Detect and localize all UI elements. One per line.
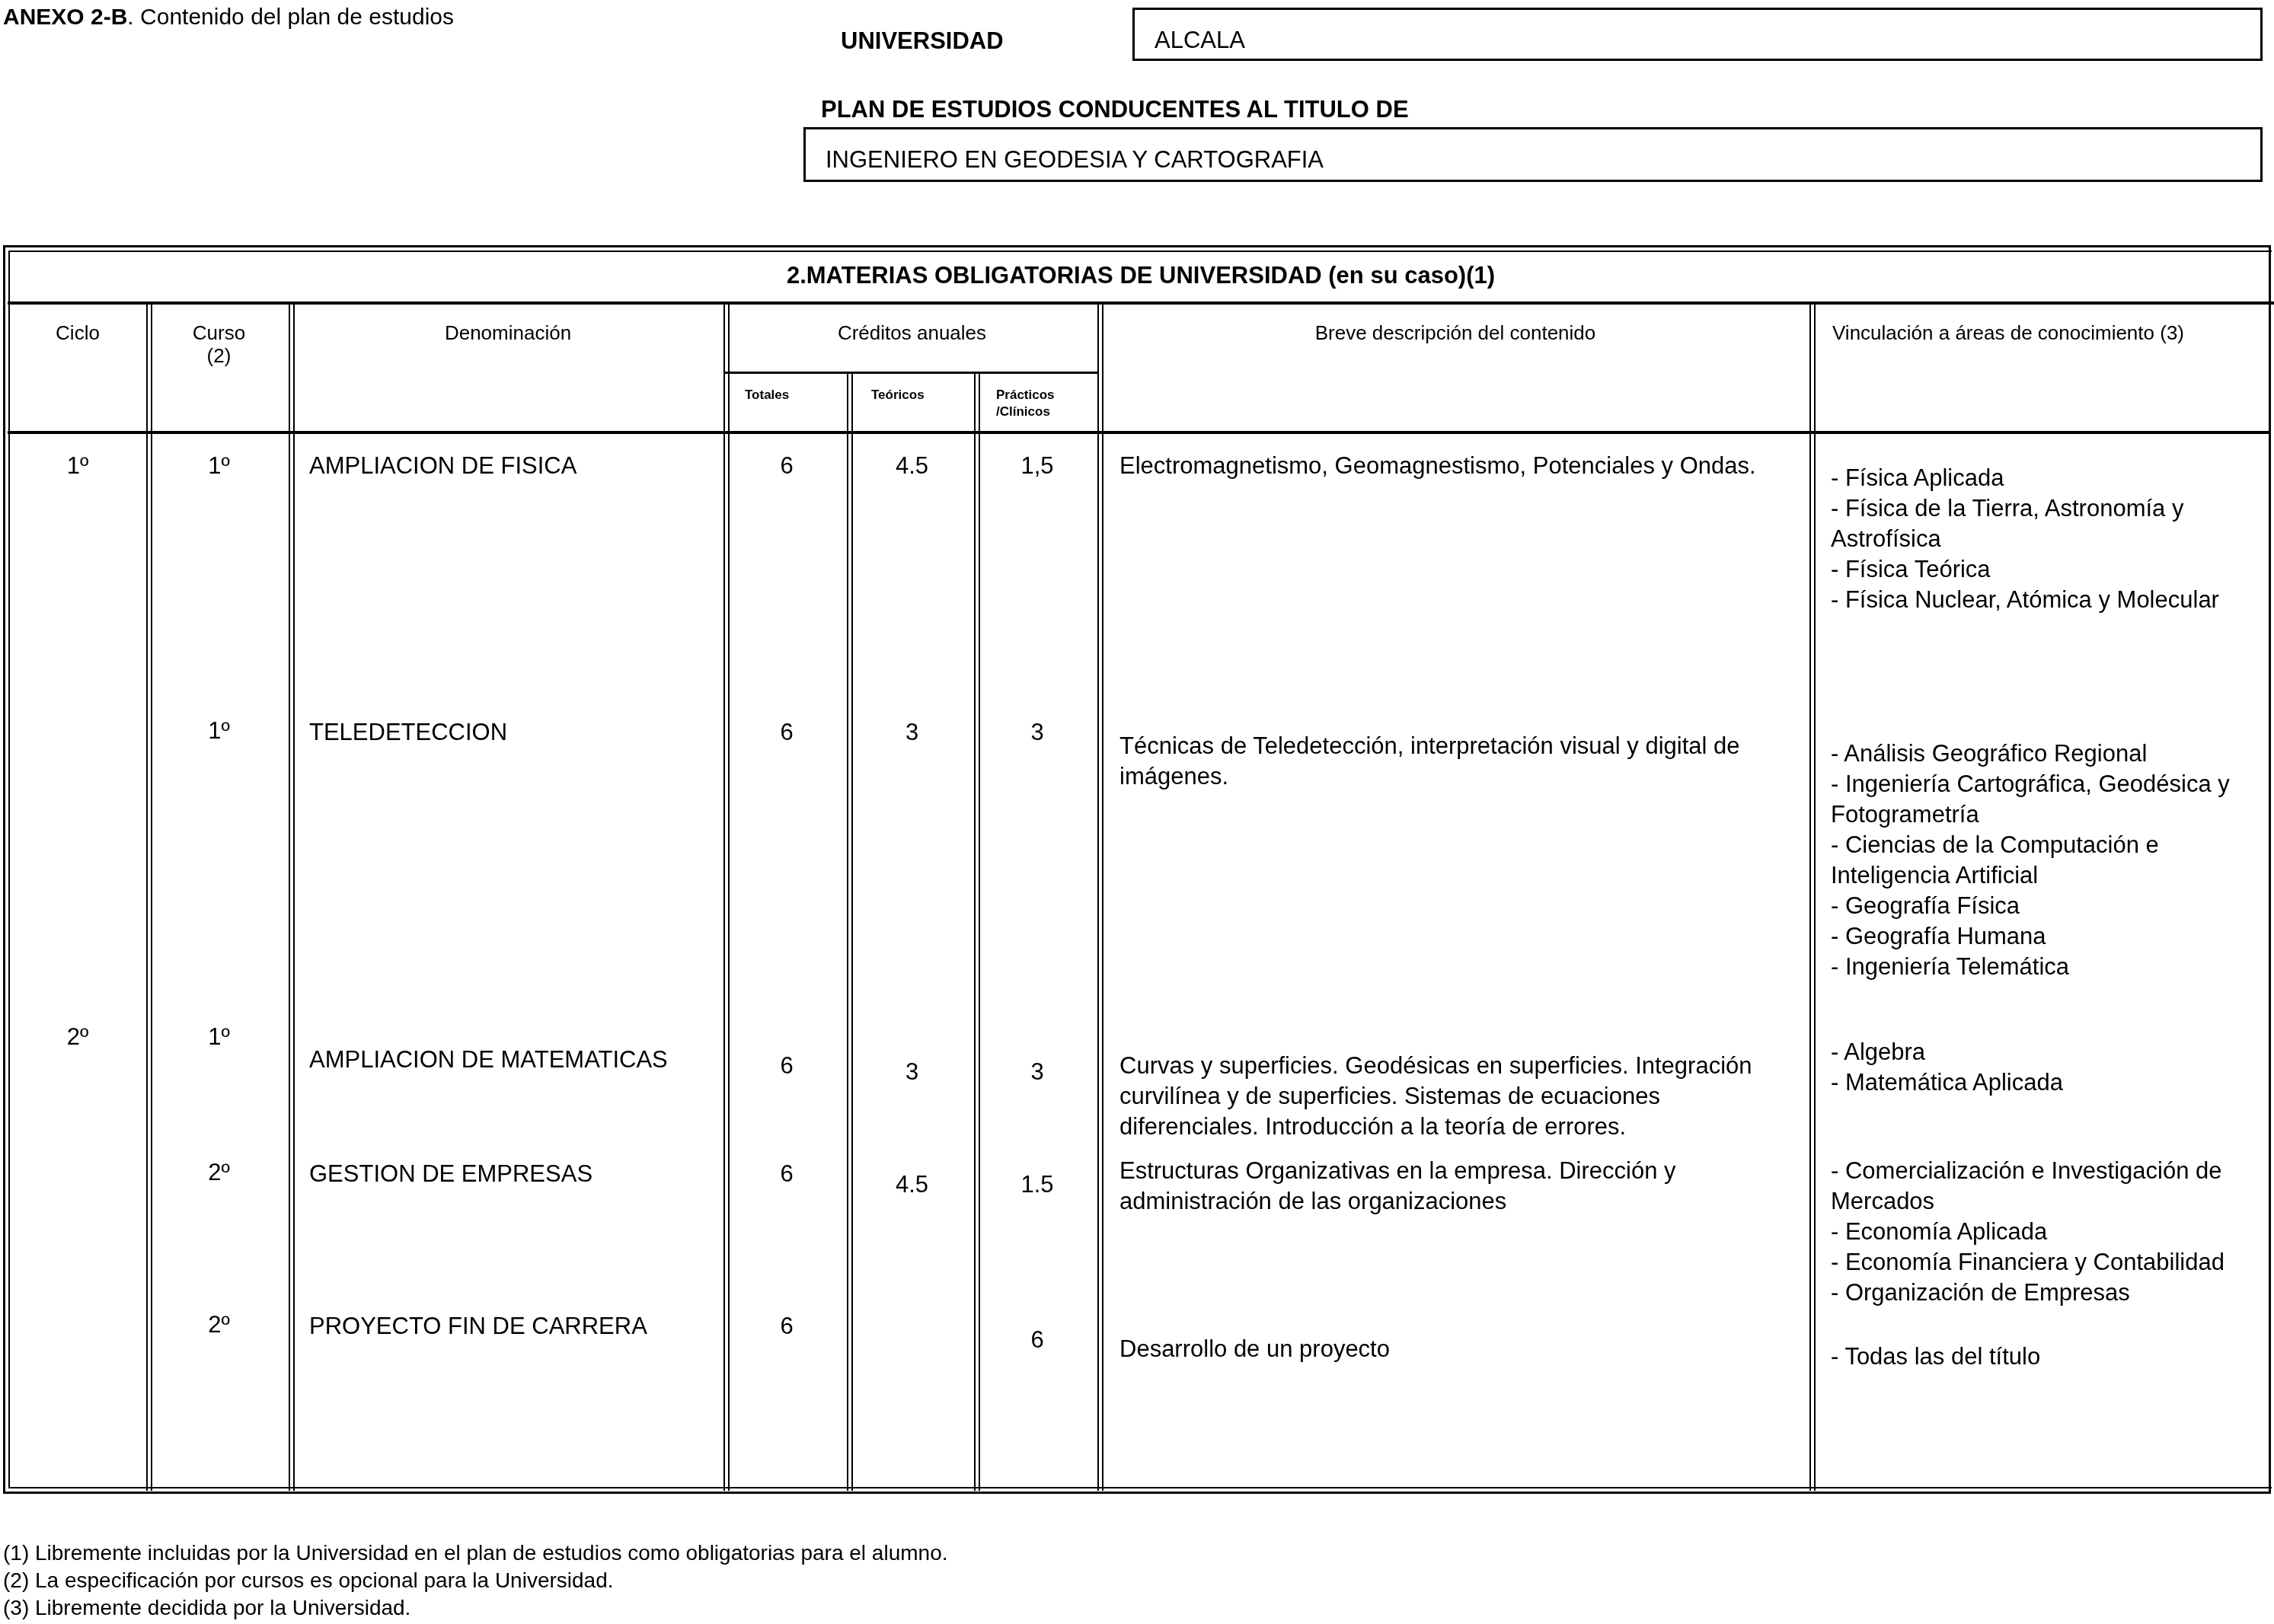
- knowledge-area-item: - Ingeniería Telemática: [1831, 952, 2265, 982]
- cell-curso: 2º: [149, 1310, 289, 1340]
- knowledge-areas-list: - Algebra- Matemática Aplicada: [1831, 1037, 2265, 1098]
- knowledge-area-item: - Ciencias de la Computación e Inteligen…: [1831, 830, 2265, 891]
- cell-denominacion: GESTION DE EMPRESAS: [309, 1159, 720, 1189]
- col-header-practicos-line1: Prácticos: [996, 387, 1055, 404]
- cell-totales: 6: [727, 1311, 847, 1342]
- col-header-denominacion: Denominación: [292, 321, 723, 344]
- header-divider: [8, 431, 2269, 434]
- col-header-practicos-line2: /Clínicos: [996, 404, 1055, 420]
- cell-practicos: 1.5: [977, 1169, 1097, 1200]
- knowledge-area-item: - Organización de Empresas: [1831, 1278, 2265, 1308]
- cell-totales: 6: [727, 451, 847, 481]
- knowledge-area-item: - Economía Financiera y Contabilidad: [1831, 1247, 2265, 1278]
- column-divider: [146, 305, 148, 1491]
- universidad-field: ALCALA: [1132, 8, 2263, 61]
- col-header-creditos: Créditos anuales: [727, 321, 1097, 344]
- cell-practicos: 3: [977, 1057, 1097, 1087]
- cell-descripcion: Electromagnetismo, Geomagnestismo, Poten…: [1119, 451, 1790, 481]
- plan-label: PLAN DE ESTUDIOS CONDUCENTES AL TITULO D…: [821, 96, 1409, 123]
- cell-denominacion: AMPLIACION DE MATEMATICAS: [309, 1045, 720, 1075]
- cell-descripcion: Técnicas de Teledetección, interpretació…: [1119, 731, 1790, 792]
- knowledge-areas-list: - Física Aplicada- Física de la Tierra, …: [1831, 463, 2265, 615]
- cell-practicos: 3: [977, 717, 1097, 748]
- col-header-ciclo: Ciclo: [9, 321, 146, 344]
- knowledge-areas-list: - Todas las del título: [1831, 1342, 2265, 1372]
- cell-teoricos: 3: [850, 717, 974, 748]
- knowledge-areas-list: - Comercialización e Investigación de Me…: [1831, 1156, 2265, 1308]
- col-header-practicos: Prácticos /Clínicos: [996, 387, 1055, 420]
- annex-label: ANEXO 2-B: [3, 5, 127, 30]
- cell-teoricos: 4.5: [850, 451, 974, 481]
- col-header-descripcion: Breve descripción del contenido: [1101, 321, 1809, 344]
- footnote-1: (1) Libremente incluidas por la Universi…: [3, 1541, 947, 1565]
- cell-ciclo: 1º: [9, 451, 146, 481]
- column-divider: [723, 305, 725, 1491]
- cell-teoricos: 3: [850, 1057, 974, 1087]
- knowledge-area-item: - Geografía Física: [1831, 891, 2265, 921]
- col-header-curso: Curso (2): [149, 321, 289, 367]
- cell-curso: 1º: [149, 1022, 289, 1052]
- universidad-label: UNIVERSIDAD: [841, 27, 1004, 55]
- cell-totales: 6: [727, 717, 847, 748]
- cell-practicos: 1,5: [977, 451, 1097, 481]
- cell-descripcion: Desarrollo de un proyecto: [1119, 1334, 1790, 1364]
- col-header-totales: Totales: [745, 387, 789, 404]
- col-header-teoricos: Teóricos: [871, 387, 925, 404]
- cell-ciclo: 2º: [9, 1022, 146, 1052]
- cell-areas: - Comercialización e Investigación de Me…: [1831, 1156, 2265, 1308]
- plan-field: INGENIERO EN GEODESIA Y CARTOGRAFIA: [803, 127, 2263, 182]
- cell-descripcion: Estructuras Organizativas en la empresa.…: [1119, 1156, 1790, 1217]
- knowledge-areas-list: - Análisis Geográfico Regional- Ingenier…: [1831, 739, 2265, 982]
- footnote-3: (3) Libremente decidida por la Universid…: [3, 1596, 410, 1620]
- cell-curso: 1º: [149, 451, 289, 481]
- cell-denominacion: TELEDETECCION: [309, 717, 720, 748]
- col-header-curso-note: (2): [149, 344, 289, 367]
- column-divider: [289, 305, 290, 1491]
- cell-areas: - Física Aplicada- Física de la Tierra, …: [1831, 463, 2265, 615]
- credits-subheader-divider: [725, 372, 1099, 374]
- knowledge-area-item: - Economía Aplicada: [1831, 1217, 2265, 1247]
- knowledge-area-item: - Física Nuclear, Atómica y Molecular: [1831, 585, 2265, 615]
- cell-curso: 2º: [149, 1157, 289, 1188]
- column-divider: [974, 373, 976, 1491]
- cell-practicos: 6: [977, 1325, 1097, 1355]
- knowledge-area-item: - Todas las del título: [1831, 1342, 2265, 1372]
- col-header-curso-label: Curso: [149, 321, 289, 344]
- cell-descripcion: Curvas y superficies. Geodésicas en supe…: [1119, 1051, 1790, 1142]
- cell-areas: - Análisis Geográfico Regional- Ingenier…: [1831, 739, 2265, 982]
- knowledge-area-item: - Física de la Tierra, Astronomía y Astr…: [1831, 493, 2265, 554]
- annex-description: . Contenido del plan de estudios: [127, 5, 454, 30]
- knowledge-area-item: - Física Teórica: [1831, 554, 2265, 585]
- column-divider: [847, 373, 848, 1491]
- knowledge-area-item: - Ingeniería Cartográfica, Geodésica y F…: [1831, 769, 2265, 830]
- knowledge-area-item: - Análisis Geográfico Regional: [1831, 739, 2265, 769]
- table-title: 2.MATERIAS OBLIGATORIAS DE UNIVERSIDAD (…: [8, 250, 2274, 305]
- cell-teoricos: 4.5: [850, 1169, 974, 1200]
- cell-areas: - Todas las del título: [1831, 1342, 2265, 1372]
- cell-totales: 6: [727, 1159, 847, 1189]
- knowledge-area-item: - Algebra: [1831, 1037, 2265, 1067]
- knowledge-area-item: - Física Aplicada: [1831, 463, 2265, 493]
- cell-denominacion: PROYECTO FIN DE CARRERA: [309, 1311, 720, 1342]
- col-header-vinculacion: Vinculación a áreas de conocimiento (3): [1832, 321, 2184, 344]
- cell-curso: 1º: [149, 716, 289, 746]
- knowledge-area-item: - Geografía Humana: [1831, 921, 2265, 952]
- column-divider: [1097, 305, 1099, 1491]
- cell-areas: - Algebra- Matemática Aplicada: [1831, 1037, 2265, 1098]
- annex-heading: ANEXO 2-B. Contenido del plan de estudio…: [3, 5, 454, 30]
- cell-totales: 6: [727, 1051, 847, 1081]
- knowledge-area-item: - Comercialización e Investigación de Me…: [1831, 1156, 2265, 1217]
- universidad-value: ALCALA: [1155, 27, 1245, 54]
- column-divider: [1809, 305, 1811, 1491]
- footnote-2: (2) La especificación por cursos es opci…: [3, 1568, 614, 1593]
- cell-denominacion: AMPLIACION DE FISICA: [309, 451, 720, 481]
- plan-value: INGENIERO EN GEODESIA Y CARTOGRAFIA: [826, 146, 1324, 174]
- knowledge-area-item: - Matemática Aplicada: [1831, 1067, 2265, 1098]
